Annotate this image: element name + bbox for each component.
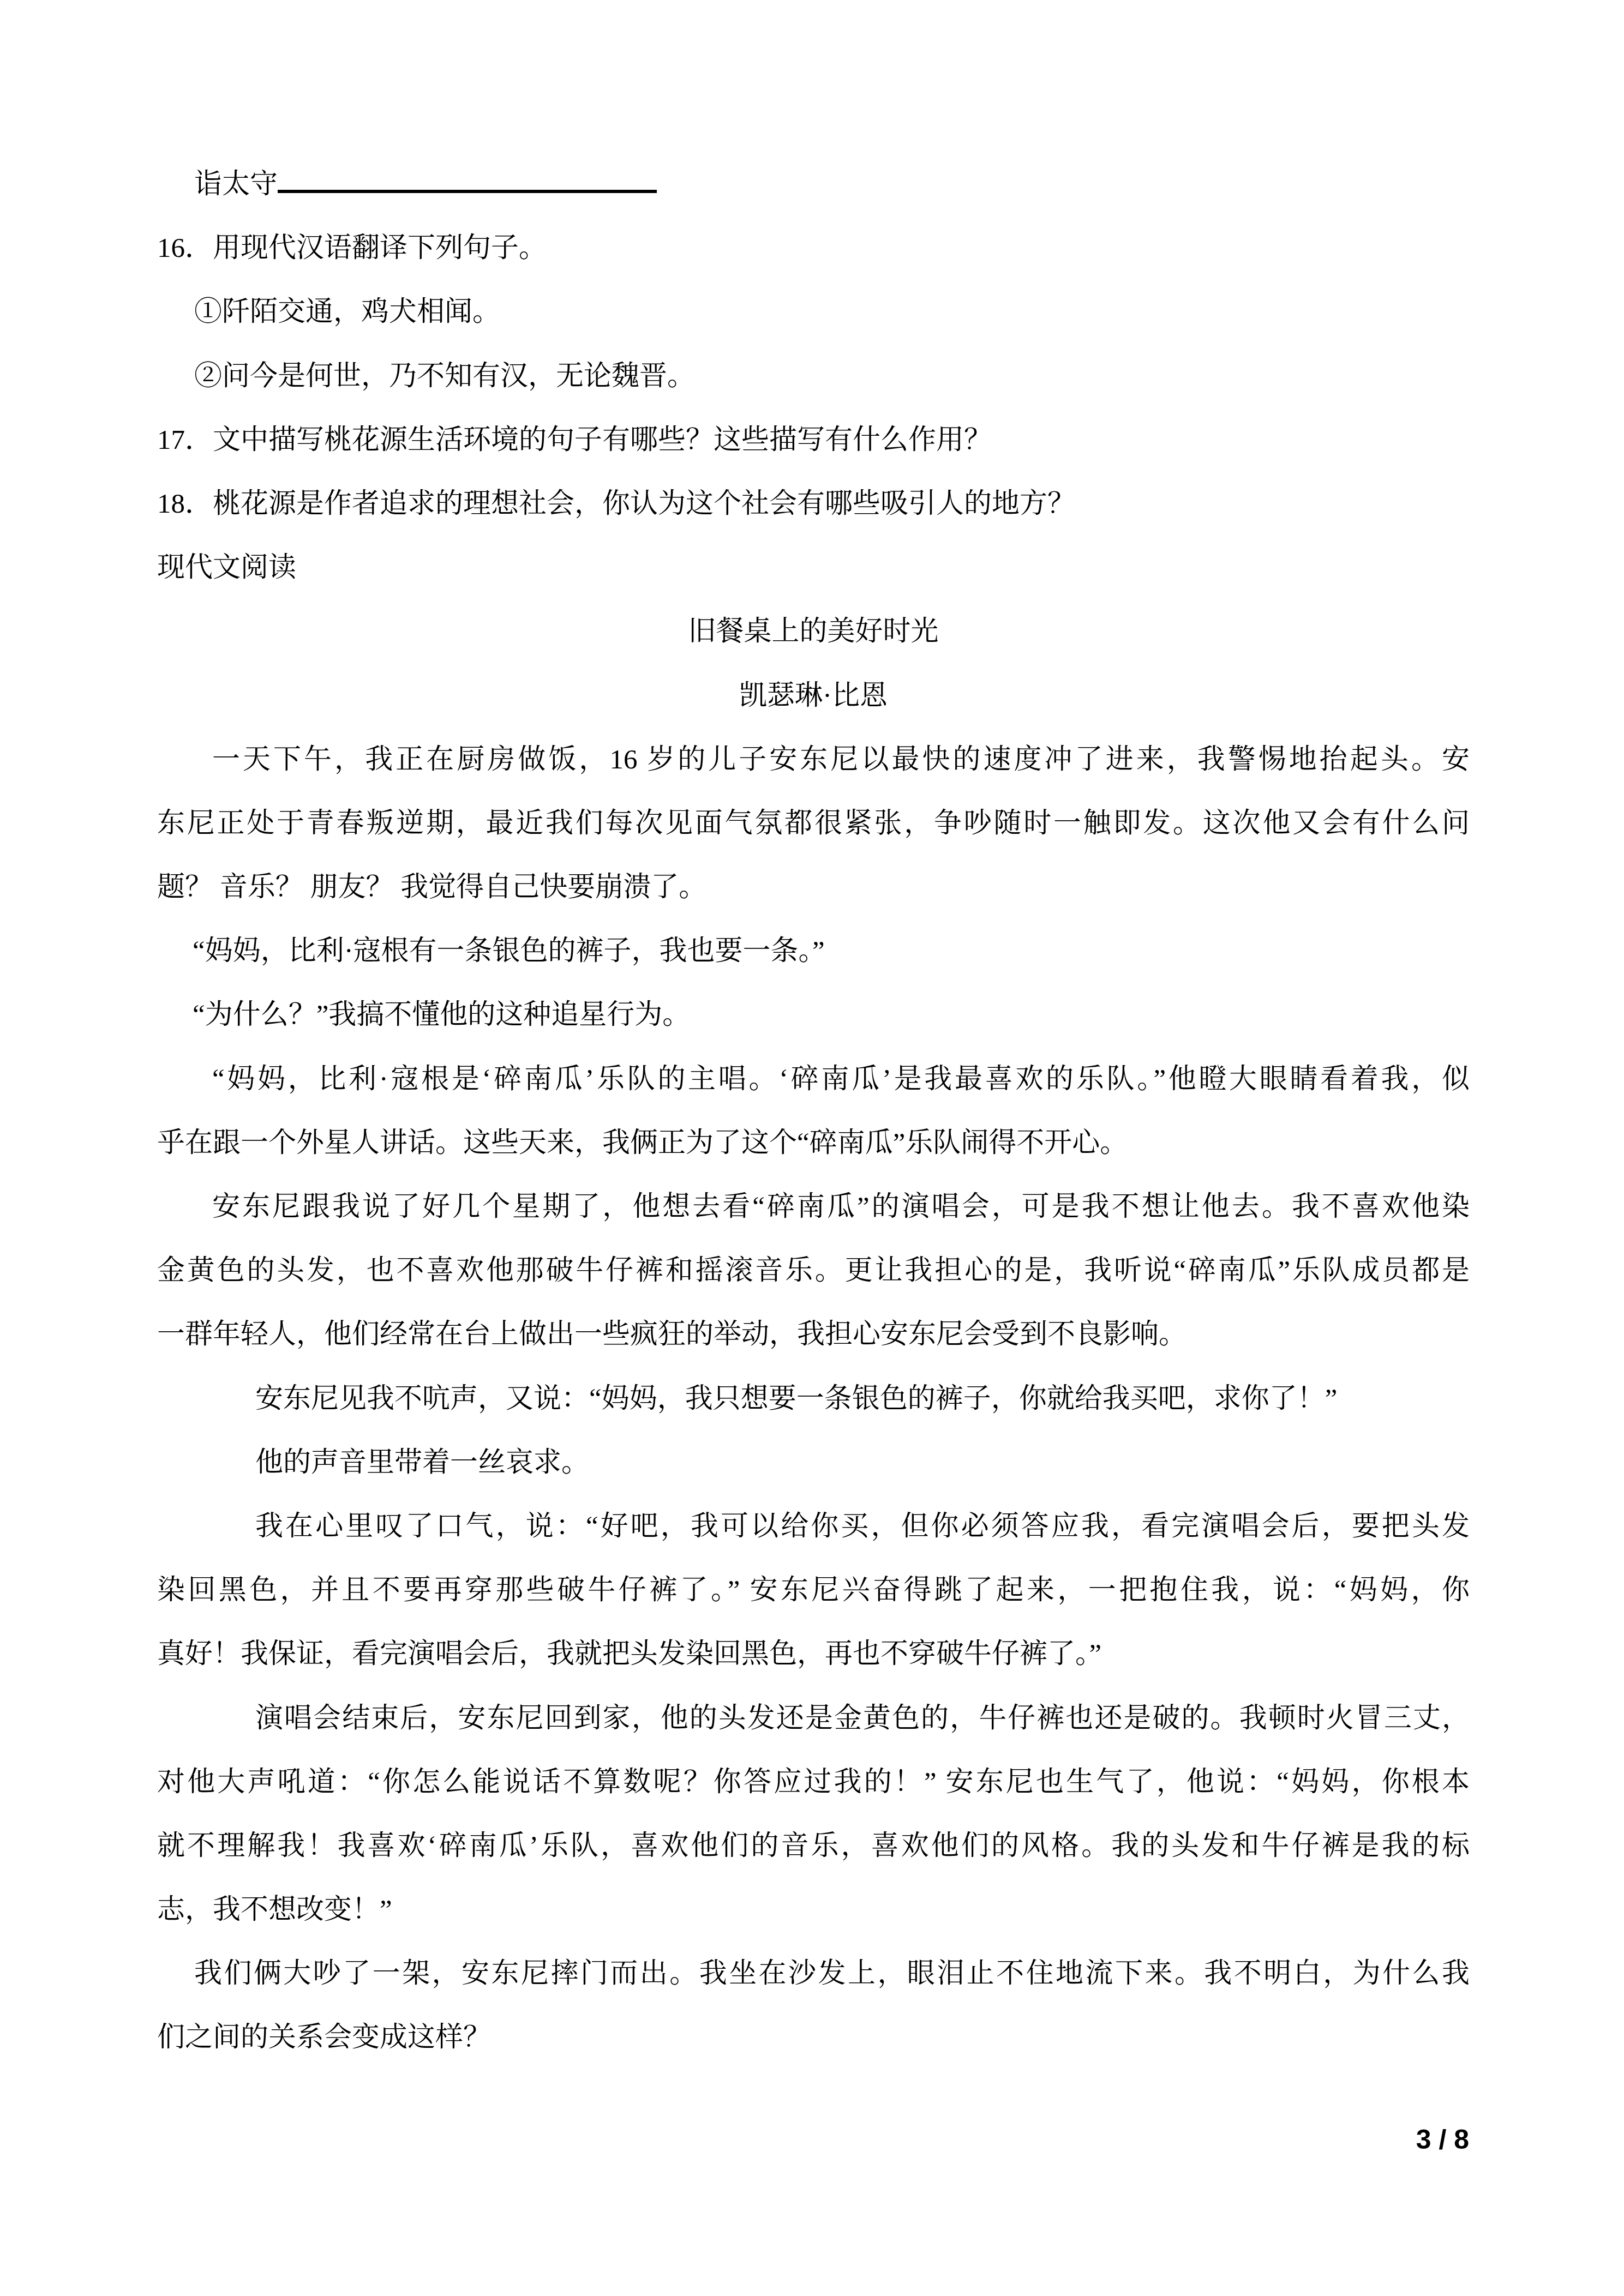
line-text: “为什么？”我搞不懂他的这种追星行为。	[193, 1000, 690, 1030]
line-text: 演唱会结束后，安东尼回到家，他的头发还是金黄色的，牛仔裤也还是破的。我顿时火冒三…	[255, 1703, 1470, 1734]
question-18: 18．桃花源是作者追求的理想社会，你认为这个社会有哪些吸引人的地方？	[157, 472, 1470, 536]
line-text: “妈妈，比利·寇根有一条银色的裤子，我也要一条。”	[193, 936, 825, 966]
line-text: 们之间的关系会变成这样？	[157, 2022, 491, 2053]
line-text: 我在心里叹了口气，说：“好吧，我可以给你买，但你必须答应我，看完演唱会后，要把头…	[255, 1511, 1470, 1542]
article-line: 安东尼跟我说了好几个星期了，他想去看“碎南瓜”的演唱会，可是我不想让他去。我不喜…	[157, 1175, 1470, 1239]
line-text: 东尼正处于青春叛逆期，最近我们每次见面气氛都很紧张，争吵随时一触即发。这次他又会…	[157, 808, 1470, 839]
article-line: 们之间的关系会变成这样？	[157, 2006, 1470, 2070]
article-line: 一天下午，我正在厨房做饭，16 岁的儿子安东尼以最快的速度冲了进来，我警惕地抬起…	[157, 728, 1470, 792]
line-text: 一天下午，我正在厨房做饭，16 岁的儿子安东尼以最快的速度冲了进来，我警惕地抬起…	[212, 744, 1470, 775]
line-text: 安东尼见我不吭声，又说：“妈妈，我只想要一条银色的裤子，你就给我买吧，求你了！”	[255, 1384, 1337, 1414]
line-text: 凯瑟琳·比恩	[739, 681, 888, 711]
article-line: 一群年轻人，他们经常在台上做出一些疯狂的举动，我担心安东尼会受到不良影响。	[157, 1303, 1470, 1367]
line-text: 现代文阅读	[157, 552, 296, 583]
article-line: 就不理解我！我喜欢‘碎南瓜’乐队，喜欢他们的音乐，喜欢他们的风格。我的头发和牛仔…	[157, 1814, 1470, 1878]
document-text: 诣太守16．用现代汉语翻译下列句子。①阡陌交通，鸡犬相闻。②问今是何世，乃不知有…	[157, 153, 1470, 2070]
line-text: 一群年轻人，他们经常在台上做出一些疯狂的举动，我担心安东尼会受到不良影响。	[157, 1319, 1186, 1350]
line-text: 他的声音里带着一丝哀求。	[255, 1447, 589, 1478]
question-16-sub-1: ①阡陌交通，鸡犬相闻。	[157, 280, 1470, 344]
line-text: “妈妈，比利·寇根是‘碎南瓜’乐队的主唱。‘碎南瓜’是我最喜欢的乐队。”他瞪大眼…	[212, 1064, 1470, 1095]
article-author: 凯瑟琳·比恩	[157, 664, 1470, 728]
line-text: 就不理解我！我喜欢‘碎南瓜’乐队，喜欢他们的音乐，喜欢他们的风格。我的头发和牛仔…	[157, 1831, 1470, 1861]
article-line: 我们俩大吵了一架，安东尼摔门而出。我坐在沙发上，眼泪止不住地流下来。我不明白，为…	[157, 1942, 1470, 2006]
article-line: 我在心里叹了口气，说：“好吧，我可以给你买，但你必须答应我，看完演唱会后，要把头…	[157, 1495, 1470, 1559]
line-text: 真好！我保证，看完演唱会后，我就把头发染回黑色，再也不穿破牛仔裤了。”	[157, 1639, 1101, 1669]
article-line: 演唱会结束后，安东尼回到家，他的头发还是金黄色的，牛仔裤也还是破的。我顿时火冒三…	[157, 1687, 1470, 1751]
line-text: 安东尼跟我说了好几个星期了，他想去看“碎南瓜”的演唱会，可是我不想让他去。我不喜…	[212, 1192, 1470, 1222]
line-text: 染回黑色，并且不要再穿那些破牛仔裤了。” 安东尼兴奋得跳了起来，一把抱住我，说：…	[157, 1575, 1470, 1606]
fill-in-blank-answer: 诣太守	[157, 153, 1470, 217]
article-line: 东尼正处于青春叛逆期，最近我们每次见面气氛都很紧张，争吵随时一触即发。这次他又会…	[157, 792, 1470, 856]
question-17: 17．文中描写桃花源生活环境的句子有哪些？这些描写有什么作用？	[157, 408, 1470, 472]
article-line: “妈妈，比利·寇根是‘碎南瓜’乐队的主唱。‘碎南瓜’是我最喜欢的乐队。”他瞪大眼…	[157, 1048, 1470, 1111]
line-text: 我们俩大吵了一架，安东尼摔门而出。我坐在沙发上，眼泪止不住地流下来。我不明白，为…	[194, 1958, 1470, 1989]
line-text: ②问今是何世，乃不知有汉，无论魏晋。	[194, 361, 695, 392]
article-line: 志，我不想改变！”	[157, 1878, 1470, 1942]
article-line: 题？ 音乐？ 朋友？ 我觉得自己快要崩溃了。	[157, 856, 1470, 919]
article-line: 他的声音里带着一丝哀求。	[157, 1431, 1470, 1495]
article-line: 染回黑色，并且不要再穿那些破牛仔裤了。” 安东尼兴奋得跳了起来，一把抱住我，说：…	[157, 1559, 1470, 1622]
line-text: 题？ 音乐？ 朋友？ 我觉得自己快要崩溃了。	[157, 872, 706, 903]
article-line: 对他大声吼道：“你怎么能说话不算数呢？你答应过我的！” 安东尼也生气了，他说：“…	[157, 1751, 1470, 1814]
line-text: 志，我不想改变！”	[157, 1895, 392, 1925]
article-line: 乎在跟一个外星人讲话。这些天来，我俩正为了这个“碎南瓜”乐队闹得不开心。	[157, 1111, 1470, 1175]
line-text: 18．桃花源是作者追求的理想社会，你认为这个社会有哪些吸引人的地方？	[157, 489, 1075, 519]
line-text: 对他大声吼道：“你怎么能说话不算数呢？你答应过我的！” 安东尼也生气了，他说：“…	[157, 1767, 1470, 1798]
line-text: 乎在跟一个外星人讲话。这些天来，我俩正为了这个“碎南瓜”乐队闹得不开心。	[157, 1128, 1128, 1158]
article-line: 真好！我保证，看完演唱会后，我就把头发染回黑色，再也不穿破牛仔裤了。”	[157, 1622, 1470, 1686]
section-label: 现代文阅读	[157, 536, 1470, 600]
article-line: “妈妈，比利·寇根有一条银色的裤子，我也要一条。”	[157, 919, 1470, 983]
line-text: 诣太守	[194, 169, 278, 200]
line-text: 17．文中描写桃花源生活环境的句子有哪些？这些描写有什么作用？	[157, 425, 992, 455]
exam-page: 诣太守16．用现代汉语翻译下列句子。①阡陌交通，鸡犬相闻。②问今是何世，乃不知有…	[0, 0, 1624, 2296]
article-line: 安东尼见我不吭声，又说：“妈妈，我只想要一条银色的裤子，你就给我买吧，求你了！”	[157, 1367, 1470, 1431]
page-number: 3 / 8	[1416, 2123, 1469, 2156]
article-line: 金黄色的头发，也不喜欢他那破牛仔裤和摇滚音乐。更让我担心的是，我听说“碎南瓜”乐…	[157, 1239, 1470, 1303]
question-16-sub-2: ②问今是何世，乃不知有汉，无论魏晋。	[157, 345, 1470, 408]
line-text: 旧餐桌上的美好时光	[688, 616, 938, 647]
answer-blank-line	[278, 185, 657, 193]
line-text: ①阡陌交通，鸡犬相闻。	[194, 297, 500, 327]
article-title: 旧餐桌上的美好时光	[157, 600, 1470, 664]
question-16: 16．用现代汉语翻译下列句子。	[157, 217, 1470, 280]
article-line: “为什么？”我搞不懂他的这种追星行为。	[157, 983, 1470, 1047]
line-text: 金黄色的头发，也不喜欢他那破牛仔裤和摇滚音乐。更让我担心的是，我听说“碎南瓜”乐…	[157, 1255, 1470, 1286]
line-text: 16．用现代汉语翻译下列句子。	[157, 233, 547, 263]
